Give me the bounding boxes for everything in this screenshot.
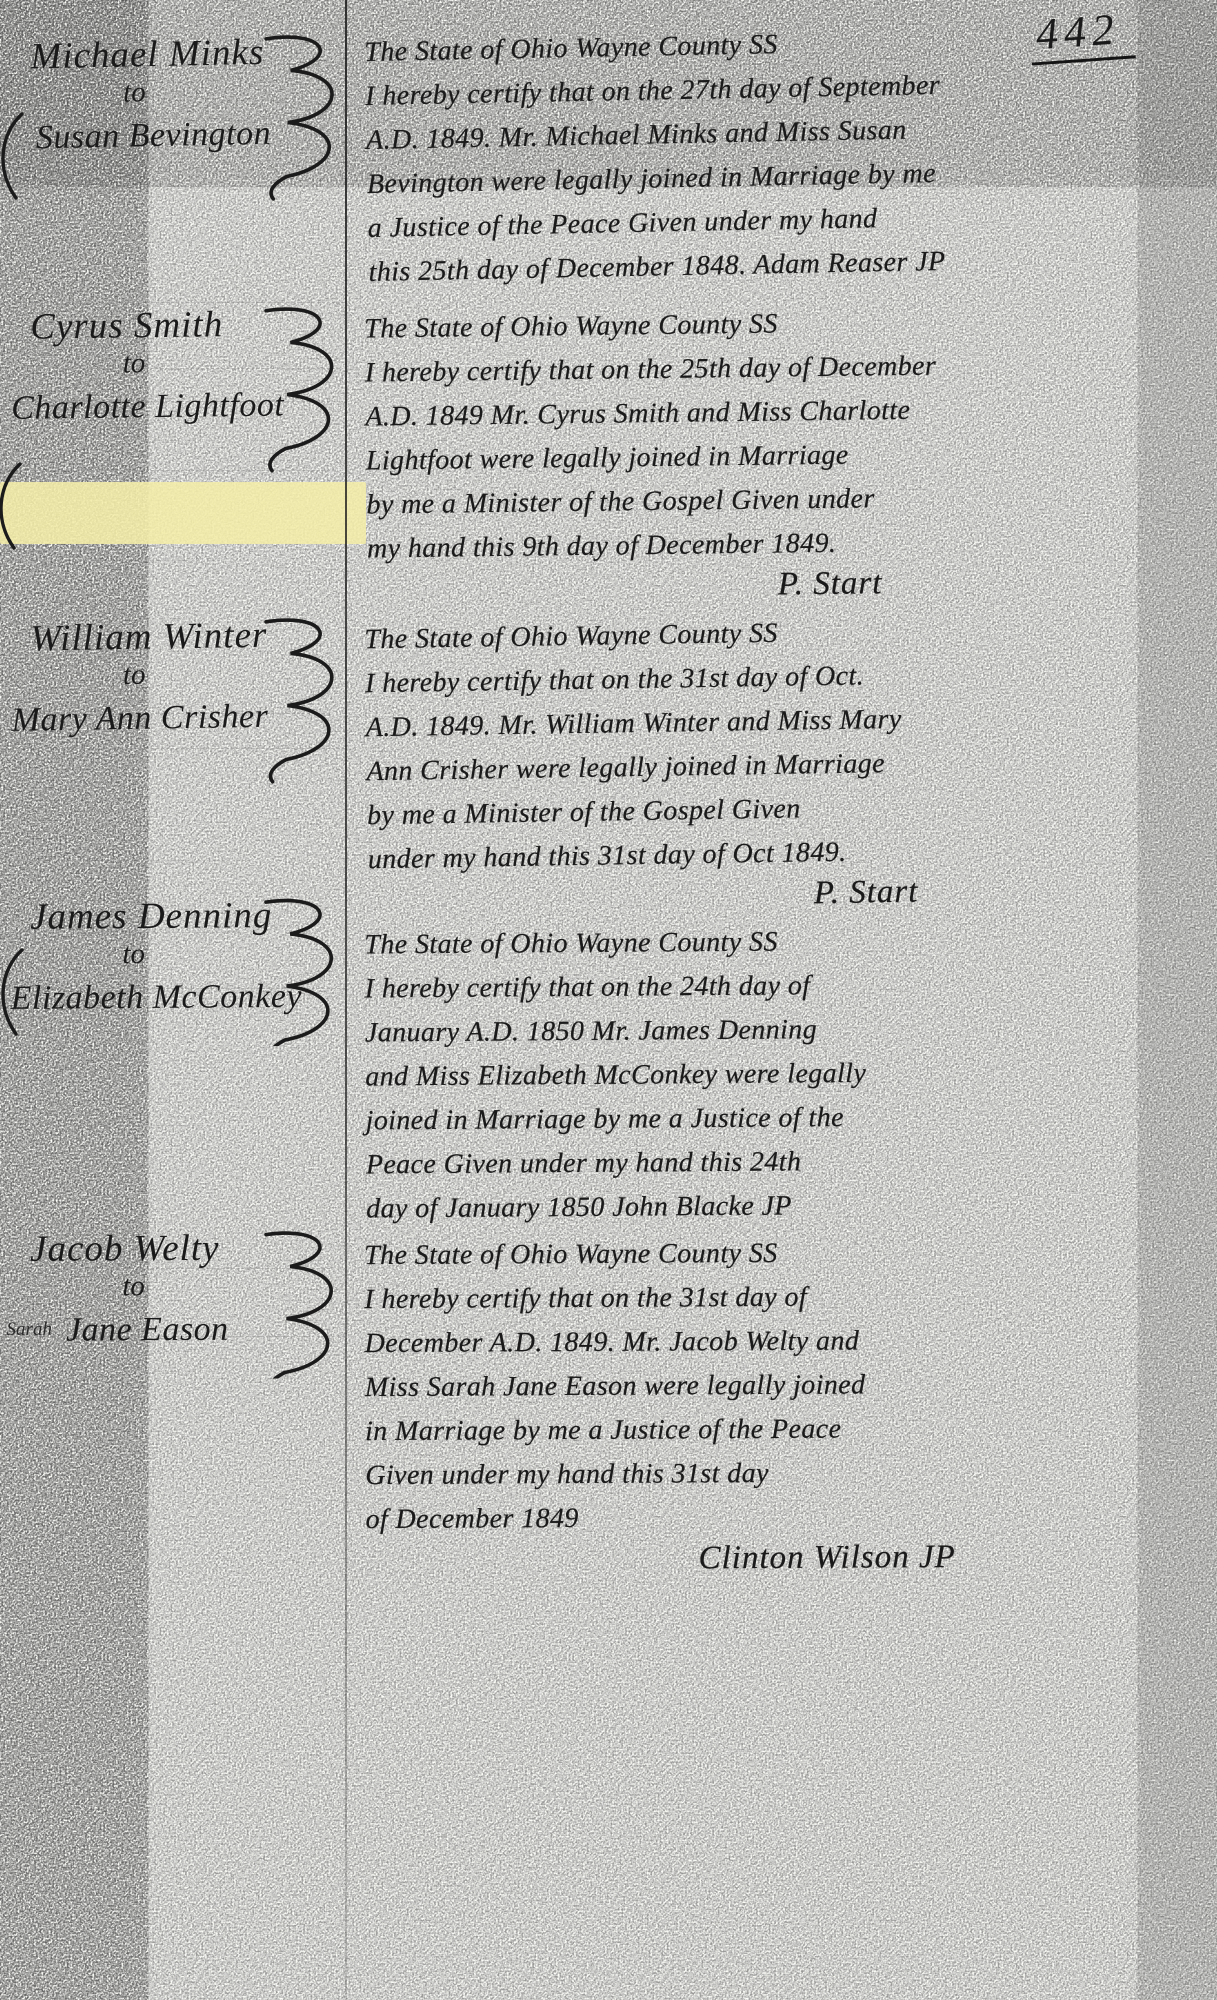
record-text-line: in Marriage by me a Justice of the Peace <box>365 1406 1210 1454</box>
record-text-line: Miss Sarah Jane Eason were legally joine… <box>365 1362 1210 1410</box>
record-text-line: January A.D. 1850 Mr. James Denning <box>365 1006 1210 1056</box>
flourish-brace-icon <box>252 304 344 475</box>
flourish-brace-icon <box>252 31 345 203</box>
record-text: The State of Ohio Wayne County SS I here… <box>364 291 1213 609</box>
record-text-line: The State of Ohio Wayne County SS <box>364 918 1209 968</box>
bride-name-prefix: Sarah <box>6 1319 66 1340</box>
flourish-brace-icon <box>252 1228 343 1378</box>
record-text-line: The State of Ohio Wayne County SS <box>364 1230 1209 1278</box>
record-text-line: joined in Marriage by me a Justice of th… <box>365 1094 1210 1144</box>
record-text-line: December A.D. 1849. Mr. Jacob Welty and <box>364 1318 1209 1366</box>
record-text-line: and Miss Elizabeth McConkey were legally <box>365 1050 1210 1100</box>
marriage-record-entry: William Winter to Mary Ann Crisher The S… <box>0 599 1217 926</box>
document-page: 442 Michael Minks to Susan Bevington The… <box>0 0 1217 2000</box>
record-text-line: I hereby certify that on the 31st day of <box>364 1274 1209 1322</box>
record-text: The State of Ohio Wayne County SS I here… <box>364 1222 1211 1580</box>
bride-name-main: Jane Eason <box>66 1311 229 1349</box>
record-text-line: of December 1849 <box>365 1494 1210 1542</box>
page-number: 442 <box>1028 2 1136 65</box>
flourish-brace-icon <box>252 896 343 1047</box>
flourish-brace-icon <box>252 615 345 786</box>
record-text-line: Peace Given under my hand this 24th <box>366 1138 1211 1188</box>
marriage-record-entry: Jacob Welty to SarahJane Eason The State… <box>0 1222 1217 1582</box>
record-text-line: Given under my hand this 31st day <box>365 1450 1210 1498</box>
marriage-record-entry: James Denning to Elizabeth McConkey The … <box>0 888 1217 1234</box>
officiant-signature: Clinton Wilson JP <box>366 1536 1211 1580</box>
record-text-line: I hereby certify that on the 24th day of <box>365 962 1210 1012</box>
record-text: The State of Ohio Wayne County SS I here… <box>364 599 1214 920</box>
marriage-record-entry: Cyrus Smith to Charlotte Lightfoot The S… <box>0 291 1217 614</box>
record-text: The State of Ohio Wayne County SS I here… <box>364 888 1211 1232</box>
